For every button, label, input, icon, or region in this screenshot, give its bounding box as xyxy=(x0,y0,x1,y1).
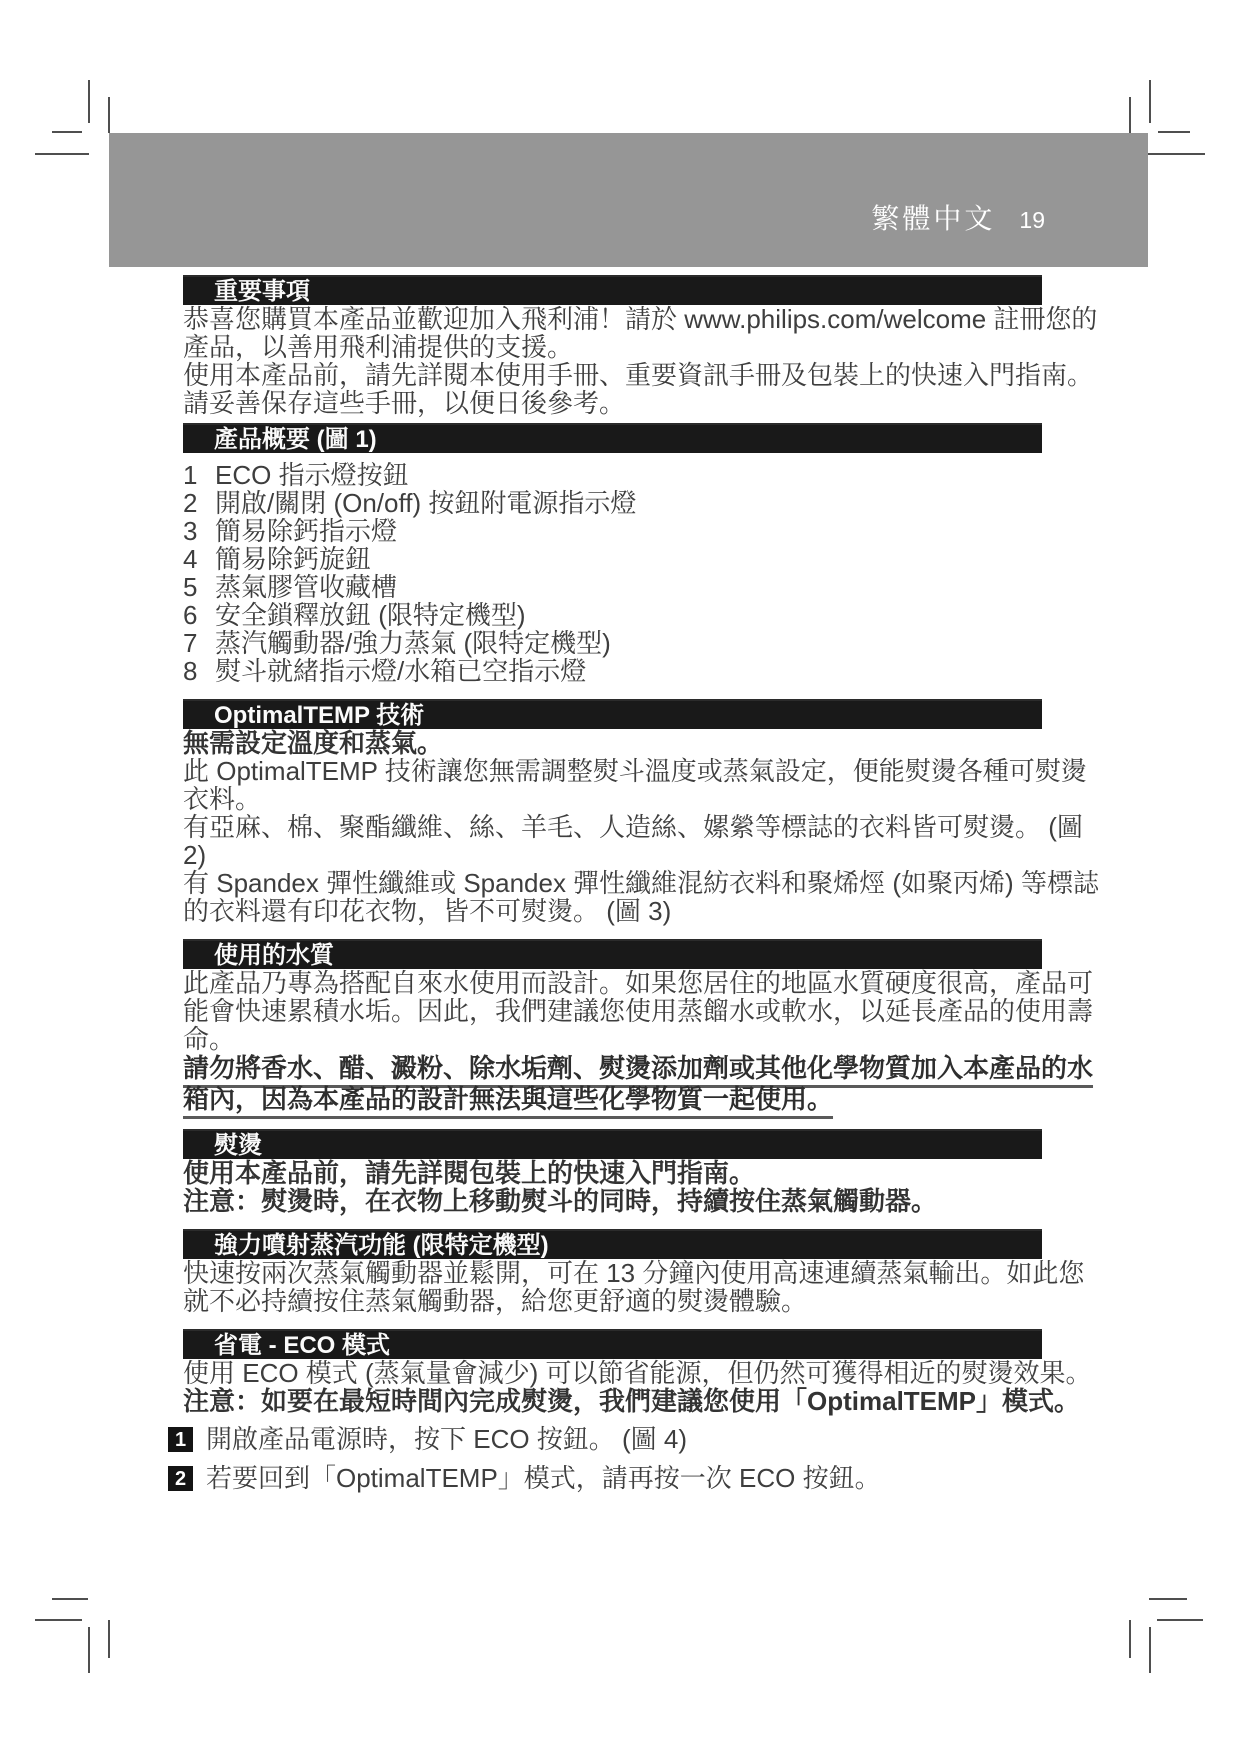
crop-mark xyxy=(1158,131,1190,133)
crop-mark xyxy=(1157,1619,1203,1621)
header-text: 繁體中文 19 xyxy=(871,197,1045,237)
paragraph: 快速按兩次蒸氣觸動器並鬆開，可在 13 分鐘內使用高速連續蒸氣輸出。如此您就不必… xyxy=(183,1259,1105,1315)
paragraph: 注意：熨燙時，在衣物上移動熨斗的同時，持續按住蒸氣觸動器。 xyxy=(183,1187,1105,1215)
overview-item-text: ECO 指示燈按鈕 xyxy=(215,461,409,489)
overview-item: 8熨斗就緒指示燈/水箱已空指示燈 xyxy=(183,657,1105,685)
paragraph: 無需設定溫度和蒸氣。 xyxy=(183,729,1105,757)
section-bar: 使用的水質 xyxy=(183,939,1042,969)
paragraph: 恭喜您購買本產品並歡迎加入飛利浦！請於 www.philips.com/welc… xyxy=(183,305,1105,361)
step-number: 2 xyxy=(175,1465,186,1493)
overview-item-number: 4 xyxy=(183,545,215,573)
paragraph: 注意：如要在最短時間內完成熨燙，我們建議您使用「OptimalTEMP」模式。 xyxy=(183,1387,1105,1415)
crop-mark xyxy=(1129,1620,1131,1658)
content: 重要事項恭喜您購買本產品並歡迎加入飛利浦！請於 www.philips.com/… xyxy=(183,267,1105,1493)
section-title: 強力噴射蒸汽功能 (限特定機型) xyxy=(214,1232,549,1259)
crop-mark xyxy=(1149,1627,1151,1673)
overview-item-number: 3 xyxy=(183,517,215,545)
crop-mark xyxy=(88,1627,90,1673)
crop-mark xyxy=(108,1620,110,1658)
step-badge: 1 xyxy=(168,1427,193,1452)
section-title: OptimalTEMP 技術 xyxy=(214,702,424,729)
overview-item-text: 開啟/關閉 (On/off) 按鈕附電源指示燈 xyxy=(215,489,636,517)
overview-item: 5蒸氣膠管收藏槽 xyxy=(183,573,1105,601)
overview-item: 3簡易除鈣指示燈 xyxy=(183,517,1105,545)
section-title: 重要事項 xyxy=(214,278,310,305)
overview-item-text: 簡易除鈣旋鈕 xyxy=(215,545,371,573)
crop-mark xyxy=(52,1598,88,1600)
section-title: 使用的水質 xyxy=(214,942,334,969)
section-bar: 產品概要 (圖 1) xyxy=(183,423,1042,453)
section-bar: 強力噴射蒸汽功能 (限特定機型) xyxy=(183,1229,1042,1259)
paragraph: 請妥善保存這些手冊，以便日後參考。 xyxy=(183,389,1105,417)
section-bar: 重要事項 xyxy=(183,275,1042,305)
crop-mark xyxy=(1149,80,1151,123)
step-item: 2若要回到「OptimalTEMP」模式，請再按一次 ECO 按鈕。 xyxy=(168,1464,1105,1493)
section-title: 省電 - ECO 模式 xyxy=(214,1332,390,1359)
step-number: 1 xyxy=(175,1426,186,1454)
language-label: 繁體中文 xyxy=(871,197,995,237)
warning-text: 請勿將香水、醋、澱粉、除水垢劑、熨燙添加劑或其他化學物質加入本產品的水箱內，因為… xyxy=(183,1053,1105,1115)
paragraph: 使用 ECO 模式 (蒸氣量會減少) 可以節省能源，但仍然可獲得相近的熨燙效果。 xyxy=(183,1359,1105,1387)
overview-item: 2開啟/關閉 (On/off) 按鈕附電源指示燈 xyxy=(183,489,1105,517)
section-bar: 省電 - ECO 模式 xyxy=(183,1329,1042,1359)
crop-mark xyxy=(52,131,82,133)
step-text: 若要回到「OptimalTEMP」模式，請再按一次 ECO 按鈕。 xyxy=(206,1464,881,1493)
overview-item: 1ECO 指示燈按鈕 xyxy=(183,461,1105,489)
overview-item-number: 6 xyxy=(183,601,215,629)
paragraph: 使用本產品前，請先詳閱包裝上的快速入門指南。 xyxy=(183,1159,1105,1187)
overview-item-text: 簡易除鈣指示燈 xyxy=(215,517,397,545)
overview-item: 6安全鎖釋放鈕 (限特定機型) xyxy=(183,601,1105,629)
crop-mark xyxy=(35,153,89,155)
overview-item: 7蒸汽觸動器/強力蒸氣 (限特定機型) xyxy=(183,629,1105,657)
header-band: 繁體中文 19 xyxy=(109,133,1148,267)
overview-item-text: 蒸氣膠管收藏槽 xyxy=(215,573,397,601)
manual-page: 繁體中文 19 重要事項恭喜您購買本產品並歡迎加入飛利浦！請於 www.phil… xyxy=(0,0,1241,1754)
overview-item-text: 蒸汽觸動器/強力蒸氣 (限特定機型) xyxy=(215,629,611,657)
crop-mark xyxy=(35,1619,82,1621)
overview-item-number: 1 xyxy=(183,461,215,489)
step-item: 1開啟產品電源時，按下 ECO 按鈕。 (圖 4) xyxy=(168,1425,1105,1454)
overview-item-text: 熨斗就緒指示燈/水箱已空指示燈 xyxy=(215,657,586,685)
crop-mark xyxy=(1149,1598,1187,1600)
overview-item-text: 安全鎖釋放鈕 (限特定機型) xyxy=(215,601,526,629)
paragraph: 此產品乃專為搭配自來水使用而設計。如果您居住的地區水質硬度很高，產品可能會快速累… xyxy=(183,969,1105,1053)
step-badge: 2 xyxy=(168,1466,193,1491)
step-text: 開啟產品電源時，按下 ECO 按鈕。 (圖 4) xyxy=(206,1425,687,1454)
overview-item-number: 5 xyxy=(183,573,215,601)
crop-mark xyxy=(88,80,90,123)
paragraph: 使用本產品前，請先詳閱本使用手冊、重要資訊手冊及包裝上的快速入門指南。 xyxy=(183,361,1105,389)
paragraph: 有 Spandex 彈性纖維或 Spandex 彈性纖維混紡衣料和聚烯烴 (如聚… xyxy=(183,869,1105,925)
overview-list: 1ECO 指示燈按鈕2開啟/關閉 (On/off) 按鈕附電源指示燈3簡易除鈣指… xyxy=(183,461,1105,685)
paragraph: 此 OptimalTEMP 技術讓您無需調整熨斗溫度或蒸氣設定，便能熨燙各種可熨… xyxy=(183,757,1105,813)
crop-mark xyxy=(1148,153,1205,155)
crop-mark xyxy=(108,97,110,133)
section-title: 產品概要 (圖 1) xyxy=(214,426,377,453)
paragraph: 有亞麻、棉、聚酯纖維、絲、羊毛、人造絲、嫘縈等標誌的衣料皆可熨燙。 (圖 2) xyxy=(183,813,1105,869)
overview-item-number: 2 xyxy=(183,489,215,517)
section-title: 熨燙 xyxy=(214,1132,262,1159)
overview-item-number: 7 xyxy=(183,629,215,657)
section-bar: OptimalTEMP 技術 xyxy=(183,699,1042,729)
overview-item-number: 8 xyxy=(183,657,215,685)
crop-mark xyxy=(1129,97,1131,133)
overview-item: 4簡易除鈣旋鈕 xyxy=(183,545,1105,573)
page-number: 19 xyxy=(1019,207,1045,234)
section-bar: 熨燙 xyxy=(183,1129,1042,1159)
